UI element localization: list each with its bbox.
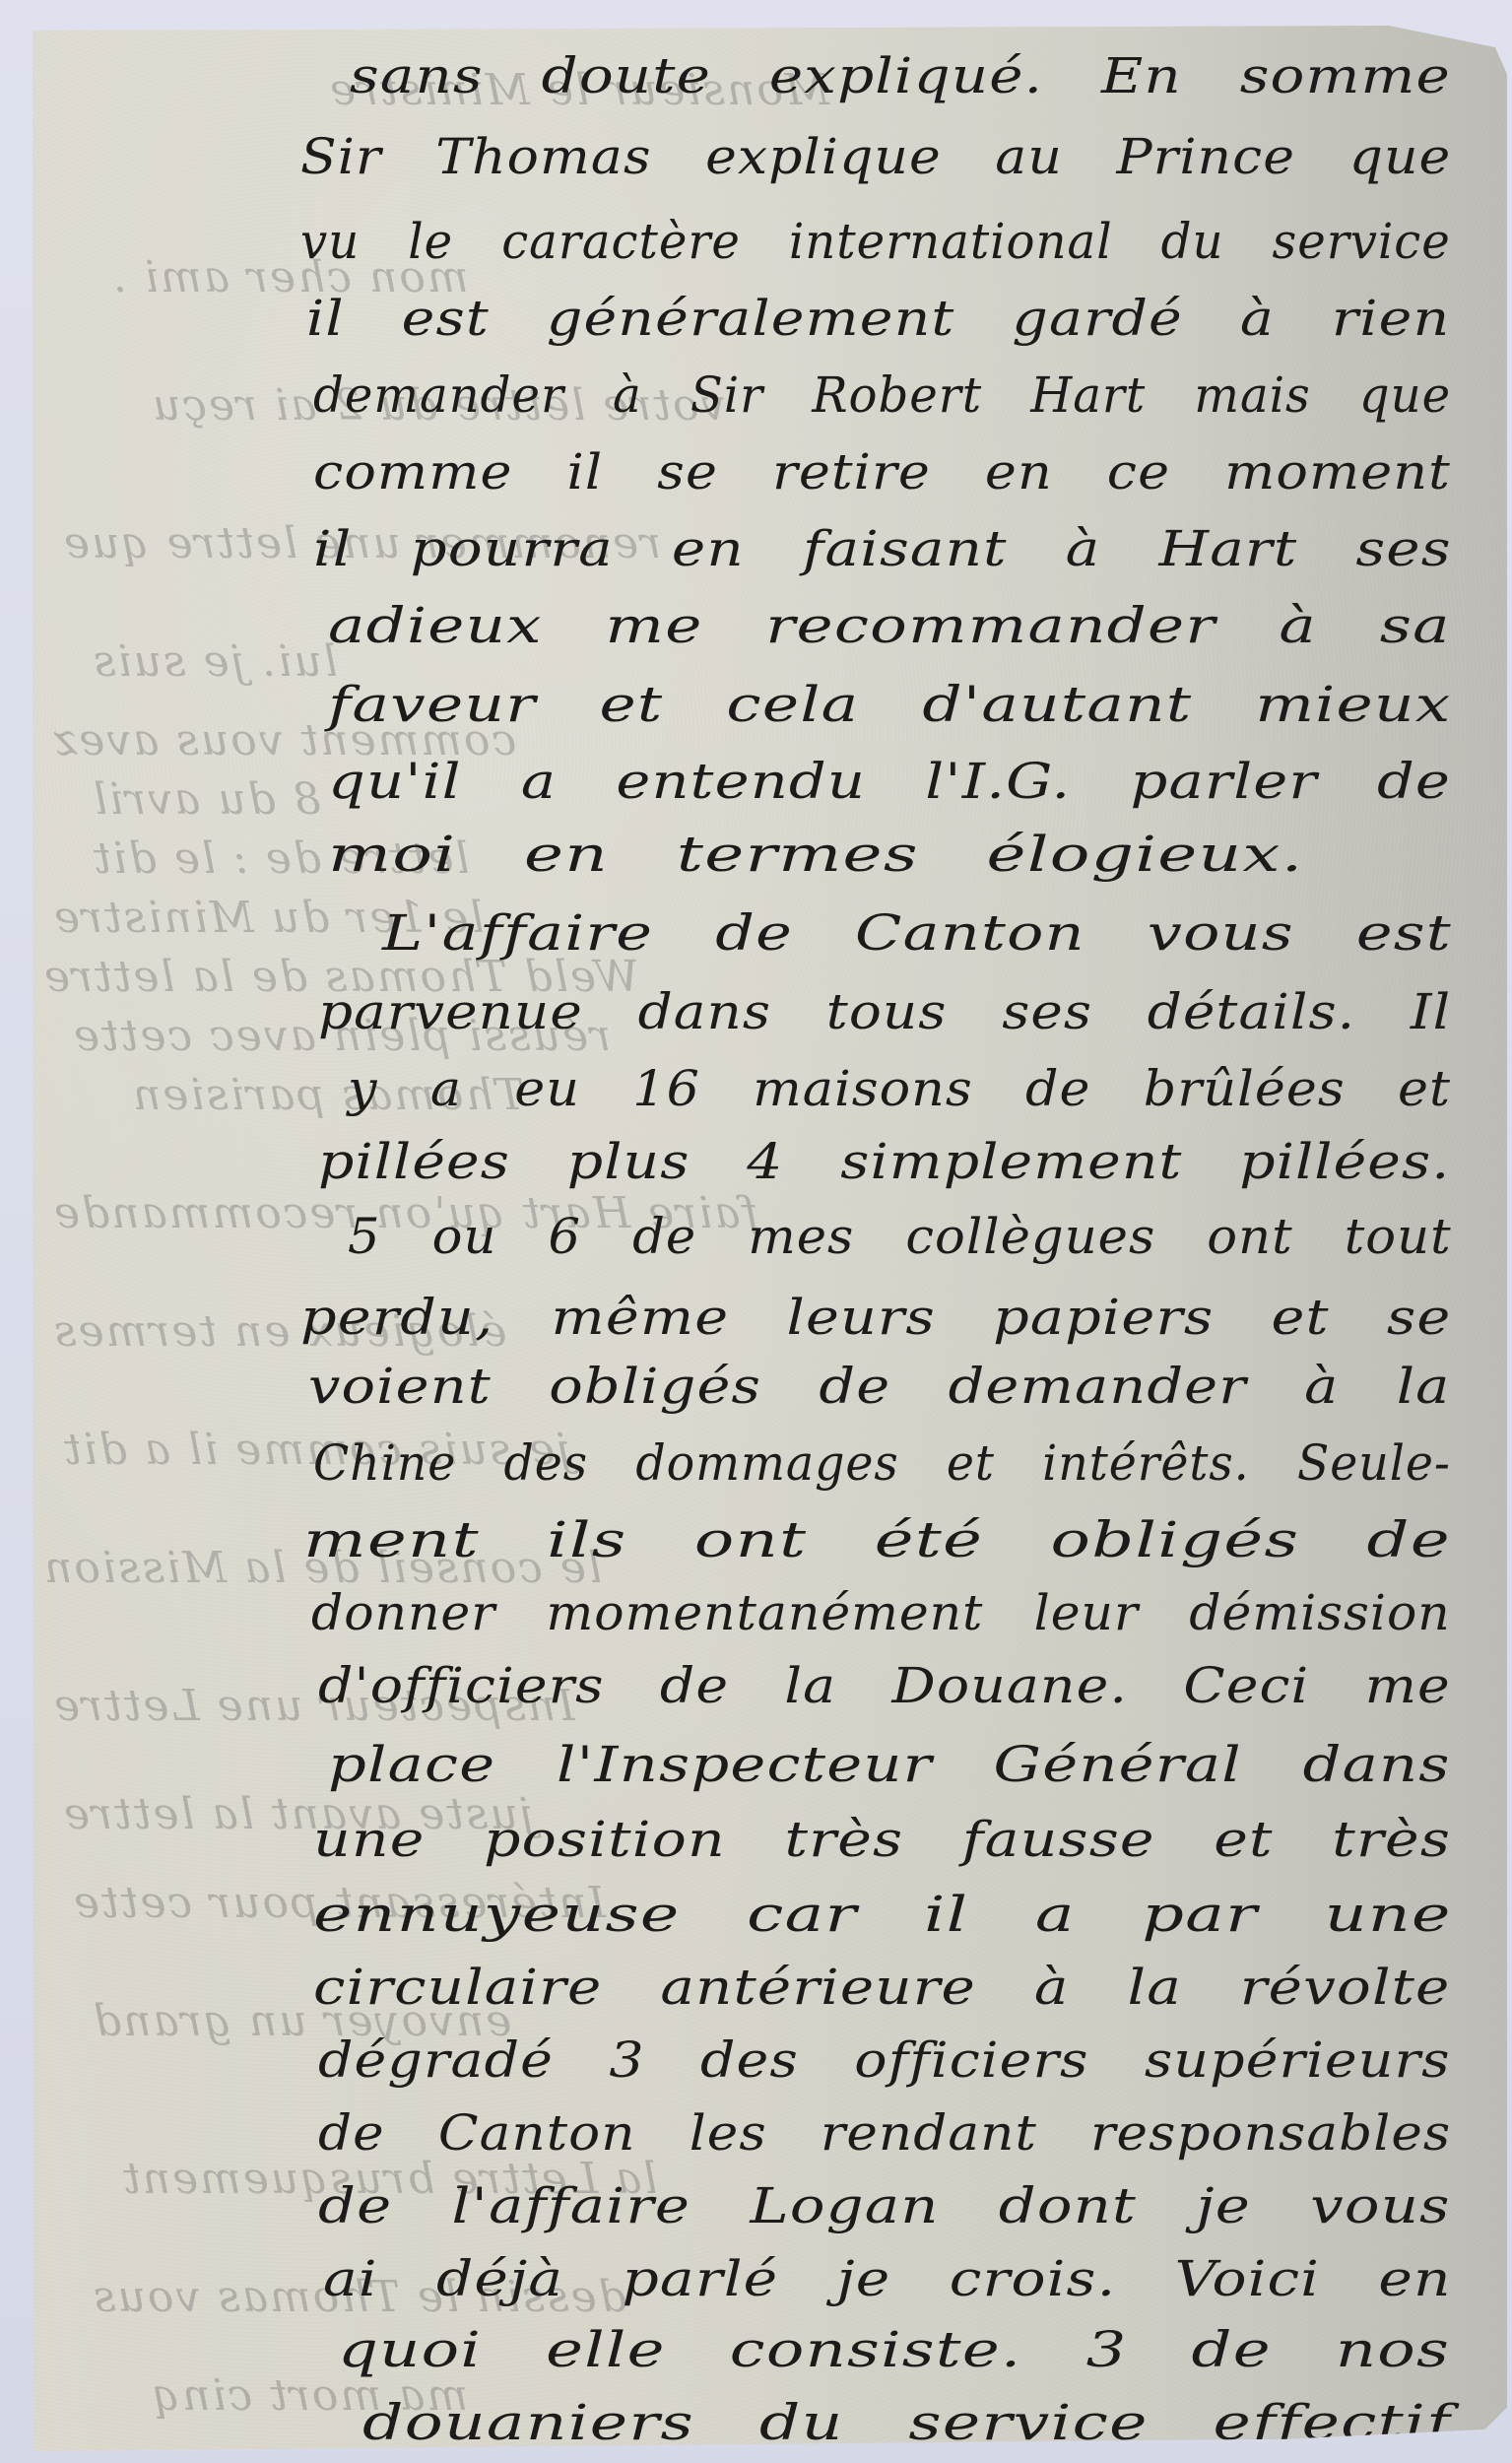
letter-line: sans doute expliqué. En somme [350, 47, 1451, 104]
letter-line: ment ils ont été obligés de [303, 1511, 1451, 1568]
letter-paper: Monsieur le Ministre mon cher ami . votr… [33, 26, 1507, 2451]
letter-line: demander à Sir Robert Hart mais que [313, 366, 1451, 424]
letter-line: Chine des dommages et intérêts. Seule- [313, 1434, 1451, 1492]
letter-line: dégradé 3 des officiers supérieurs [318, 2031, 1451, 2089]
letter-line: perdu, même leurs papiers et se [300, 1289, 1451, 1346]
letter-line: de l'affaire Logan dont je vous [318, 2177, 1451, 2234]
letter-line: il pourra en faisant à Hart ses [313, 520, 1452, 577]
letter-line: faveur et cela d'autant mieux [328, 676, 1451, 733]
letter-line: ai déjà parlé je crois. Voici en [323, 2250, 1452, 2307]
letter-line: moi en termes élogieux. [328, 826, 1304, 883]
letter-line: place l'Inspecteur Général dans [328, 1736, 1451, 1793]
letter-line: circulaire antérieure à la révolte [313, 1959, 1450, 2016]
letter-line: comme il se retire en ce moment [313, 443, 1451, 500]
letter-line: parvenue dans tous ses détails. Il [318, 983, 1451, 1040]
letter-line: 5 ou 6 de mes collègues ont tout [348, 1208, 1452, 1265]
letter-line: Sir Thomas explique au Prince que [300, 128, 1451, 185]
letter-line: il est généralement gardé à rien [306, 290, 1450, 347]
letter-line: L'affaire de Canton vous est [382, 904, 1452, 962]
letter-line: voient obligés de demander à la [308, 1358, 1451, 1415]
letter-line: quoi elle consiste. 3 de nos [338, 2321, 1450, 2378]
letter-line: donner momentanément leur démission [311, 1584, 1451, 1641]
letter-line: adieux me recommander à sa [328, 597, 1451, 654]
letter-line: qu'il a entendu l'I.G. parler de [328, 753, 1451, 810]
letter-line: de Canton les rendant responsables [318, 2104, 1451, 2162]
letter-line: y a eu 16 maisons de brûlées et [348, 1060, 1451, 1117]
letter-body: sans doute expliqué. En somme Sir Thomas… [33, 26, 1507, 2451]
letter-line: une position très fausse et très [313, 1811, 1451, 1868]
letter-line: d'officiers de la Douane. Ceci me [318, 1657, 1451, 1714]
letter-line: ennuyeuse car il a par une [313, 1886, 1452, 1943]
letter-line: vu le caractère international du service [300, 213, 1451, 270]
letter-line: pillées plus 4 simplement pillées. [318, 1133, 1450, 1190]
